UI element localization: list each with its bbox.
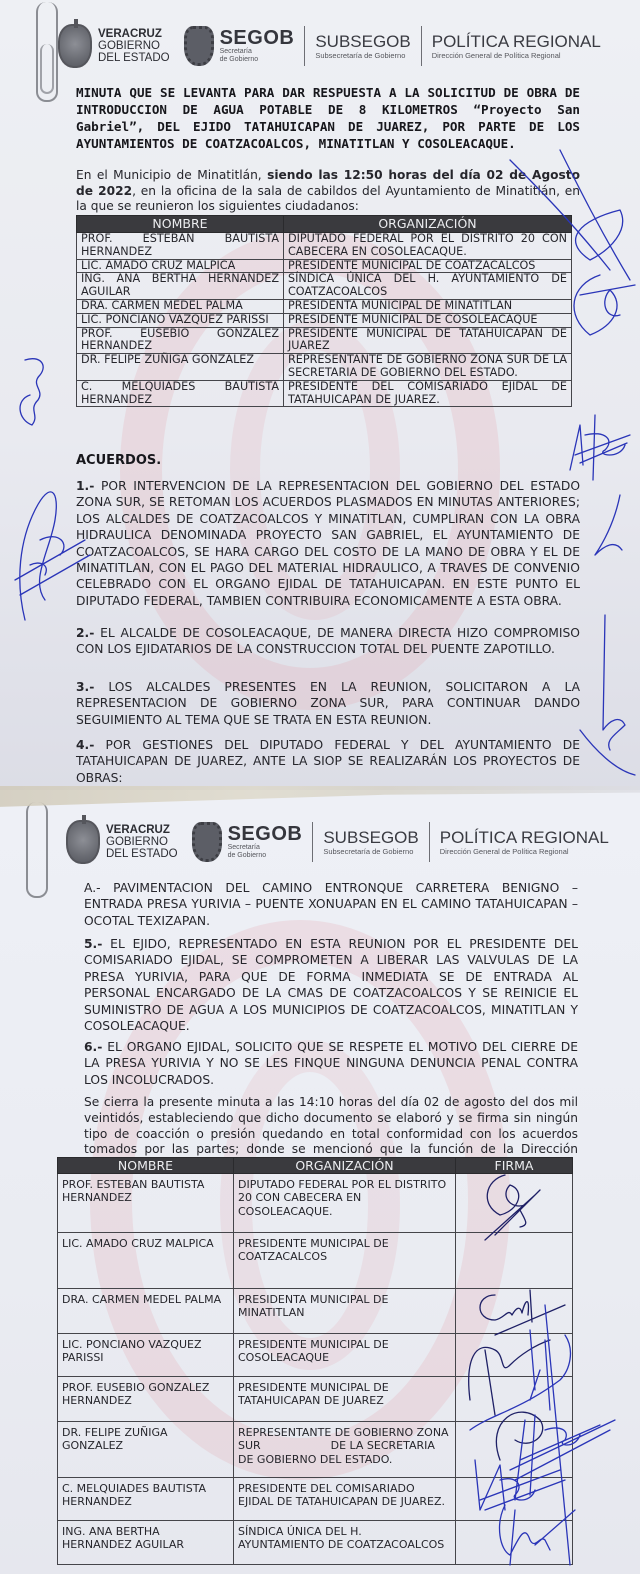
table-header-row: NOMBRE ORGANIZACIÓN (77, 216, 572, 233)
signer-organization: PRESIDENTE DEL COMISARIADO EJIDAL DE TAT… (234, 1478, 456, 1521)
subsegob-logo-text: SUBSEGOB Subsecretaría de Gobierno (315, 33, 410, 60)
signature-cell (456, 1422, 573, 1478)
acuerdo-item: 5.- EL EJIDO, REPRESENTADO EN ESTA REUNI… (84, 936, 578, 1034)
politica-regional-logo-text: POLÍTICA REGIONAL Dirección General de P… (432, 33, 601, 60)
attendees-table: NOMBRE ORGANIZACIÓN PROF. ESTEBAN BAUTIS… (76, 215, 572, 407)
table-row: ING. ANA BERTHA HERNANDEZ AGUILARSÍNDICA… (77, 273, 572, 300)
attendee-organization: REPRESENTANTE DE GOBIERNO ZONA SUR DE LA… (284, 354, 572, 381)
column-header-firma: FIRMA (456, 1158, 573, 1174)
signer-organization: PRESIDENTE MUNICIPAL DE COATZACALCOS (234, 1233, 456, 1289)
acuerdo-item: 4.- POR GESTIONES DEL DIPUTADO FEDERAL Y… (76, 737, 580, 786)
signer-name: DRA. CARMEN MEDEL PALMA (58, 1289, 234, 1334)
document-title: MINUTA QUE SE LEVANTA PARA DAR RESPUESTA… (76, 84, 580, 152)
table-row: LIC. AMADO CRUZ MALPICAPRESIDENTE MUNICI… (58, 1233, 573, 1289)
paperclip-icon-inner (40, 44, 54, 94)
table-row: ING. ANA BERTHA HERNANDEZ AGUILARSÍNDICA… (58, 1521, 573, 1565)
signer-organization: DIPUTADO FEDERAL POR EL DISTRITO 20 CON … (234, 1174, 456, 1233)
signature-cell (456, 1174, 573, 1233)
table-row: DRA. CARMEN MEDEL PALMAPRESIDENTA MUNICI… (77, 299, 572, 313)
margin-signature (560, 255, 640, 355)
letterhead: VERACRUZ GOBIERNO DEL ESTADO SEGOB Secre… (58, 18, 601, 74)
segob-logo-text: SEGOB Secretaría de Gobierno (220, 28, 295, 64)
signature-cell (456, 1289, 573, 1334)
acuerdo-item: 2.- EL ALCALDE DE COSOLEACAQUE, DE MANER… (76, 625, 580, 658)
attendee-name: LIC. PONCIANO VAZQUEZ PARISSI (77, 313, 284, 327)
attendee-organization: PRESIDENTE DEL COMISARIADO EJIDAL DE TAT… (284, 380, 572, 407)
table-row: C. MELQUIADES BAUTISTA HERNANDEZPRESIDEN… (58, 1478, 573, 1521)
attendee-organization: DIPUTADO FEDERAL POR EL DISTRITO 20 CON … (284, 233, 572, 260)
acuerdo-item: A.- PAVIMENTACION DEL CAMINO ENTRONQUE C… (84, 880, 578, 929)
signer-organization: PRESIDENTE MUNICIPAL DE TATAHUICAPAN DE … (234, 1377, 456, 1422)
header-divider (429, 822, 430, 862)
attendee-name: ING. ANA BERTHA HERNANDEZ AGUILAR (77, 273, 284, 300)
signer-name: LIC. PONCIANO VAZQUEZ PARISSI (58, 1334, 234, 1377)
attendee-name: C. MELQUIADES BAUTISTA HERNANDEZ (77, 380, 284, 407)
table-row: DR. FELIPE ZUÑIGA GONZALEZREPRESENTANTE … (58, 1422, 573, 1478)
acuerdo-item: 1.- POR INTERVENCION DE LA REPRESENTACIO… (76, 478, 580, 609)
acuerdo-item: 6.- EL ORGANO EJIDAL, SOLICITO QUE SE RE… (84, 1039, 578, 1088)
attendee-name: DRA. CARMEN MEDEL PALMA (77, 299, 284, 313)
acuerdo-item: 3.- LOS ALCALDES PRESENTES EN LA REUNION… (76, 679, 580, 728)
signer-organization: REPRESENTANTE DE GOBIERNO ZONA SUR DE LA… (234, 1422, 456, 1478)
margin-signature (575, 610, 640, 780)
segob-logo-text: SEGOB Secretaría de Gobierno (228, 824, 303, 860)
margin-signature (590, 490, 630, 560)
veracruz-crest-icon (66, 820, 100, 864)
politica-regional-logo-text: POLÍTICA REGIONAL Dirección General de P… (440, 829, 609, 856)
column-header-nombre: NOMBRE (58, 1158, 234, 1174)
table-row: LIC. PONCIANO VAZQUEZ PARISSIPRESIDENTE … (77, 313, 572, 327)
document-page-1: VERACRUZ GOBIERNO DEL ESTADO SEGOB Secre… (0, 0, 640, 790)
segob-crest-icon (192, 822, 222, 862)
signature-cell (456, 1377, 573, 1422)
margin-signature (10, 345, 70, 435)
column-header-nombre: NOMBRE (77, 216, 284, 233)
table-header-row: NOMBRE ORGANIZACIÓN FIRMA (58, 1158, 573, 1174)
table-row: PROF. EUSEBIO GONZALEZ HERNANDEZPRESIDEN… (58, 1377, 573, 1422)
table-row: DRA. CARMEN MEDEL PALMAPRESIDENTA MUNICI… (58, 1289, 573, 1334)
signer-name: PROF. ESTEBAN BAUTISTA HERNANDEZ (58, 1174, 234, 1233)
veracruz-logo-text: VERACRUZ GOBIERNO DEL ESTADO (98, 28, 170, 64)
paperclip-icon (26, 802, 48, 898)
table-row: LIC. PONCIANO VAZQUEZ PARISSIPRESIDENTE … (58, 1334, 573, 1377)
signature-cell (456, 1521, 573, 1565)
intro-paragraph: En el Municipio de Minatitlán, siendo la… (76, 168, 580, 215)
veracruz-crest-icon (58, 24, 92, 68)
signer-name: ING. ANA BERTHA HERNANDEZ AGUILAR (58, 1521, 234, 1565)
segob-crest-icon (184, 26, 214, 66)
table-row: LIC. AMADO CRUZ MALPICAPRESIDENTE MUNICI… (77, 259, 572, 273)
attendee-name: DR. FELIPE ZUÑIGA GONZALEZ (77, 354, 284, 381)
table-row: DR. FELIPE ZUÑIGA GONZALEZREPRESENTANTE … (77, 354, 572, 381)
signature-table: NOMBRE ORGANIZACIÓN FIRMA PROF. ESTEBAN … (57, 1157, 573, 1565)
table-row: C. MELQUIADES BAUTISTA HERNANDEZPRESIDEN… (77, 380, 572, 407)
table-row: PROF. ESTEBAN BAUTISTA HERNANDEZDIPUTADO… (58, 1174, 573, 1233)
header-divider (312, 822, 313, 862)
signature-cell (456, 1334, 573, 1377)
column-header-organizacion: ORGANIZACIÓN (234, 1158, 456, 1174)
signer-organization: PRESIDENTE MUNICIPAL DE COSOLEACAQUE (234, 1334, 456, 1377)
attendee-organization: PRESIDENTE MUNICIPAL DE TATAHUICAPAN DE … (284, 327, 572, 354)
attendee-name: PROF. EUSEBIO GONZALEZ HERNANDEZ (77, 327, 284, 354)
veracruz-logo-text: VERACRUZ GOBIERNO DEL ESTADO (106, 824, 178, 860)
signer-organization: PRESIDENTA MUNICIPAL DE MINATITLAN (234, 1289, 456, 1334)
header-divider (421, 26, 422, 66)
table-row: PROF. ESTEBAN BAUTISTA HERNANDEZDIPUTADO… (77, 233, 572, 260)
acuerdos-heading: ACUERDOS. (76, 453, 161, 468)
margin-signature (565, 405, 635, 485)
signer-name: DR. FELIPE ZUÑIGA GONZALEZ (58, 1422, 234, 1478)
signer-name: LIC. AMADO CRUZ MALPICA (58, 1233, 234, 1289)
attendee-organization: PRESIDENTA MUNICIPAL DE MINATITLAN (284, 299, 572, 313)
signature-cell (456, 1478, 573, 1521)
signature-cell (456, 1233, 573, 1289)
signer-organization: SÍNDICA ÚNICA DEL H. AYUNTAMIENTO DE COA… (234, 1521, 456, 1565)
header-divider (304, 26, 305, 66)
attendee-organization: PRESIDENTE MUNICIPAL DE COSOLEACAQUE (284, 313, 572, 327)
attendee-organization: SÍNDICA ÚNICA DEL H. AYUNTAMIENTO DE COA… (284, 273, 572, 300)
column-header-organizacion: ORGANIZACIÓN (284, 216, 572, 233)
signer-name: C. MELQUIADES BAUTISTA HERNANDEZ (58, 1478, 234, 1521)
letterhead: VERACRUZ GOBIERNO DEL ESTADO SEGOB Secre… (66, 814, 609, 870)
subsegob-logo-text: SUBSEGOB Subsecretaría de Gobierno (323, 829, 418, 856)
attendee-name: PROF. ESTEBAN BAUTISTA HERNANDEZ (77, 233, 284, 260)
table-row: PROF. EUSEBIO GONZALEZ HERNANDEZPRESIDEN… (77, 327, 572, 354)
attendee-name: LIC. AMADO CRUZ MALPICA (77, 259, 284, 273)
attendee-organization: PRESIDENTE MUNICIPAL DE COATZACALCOS (284, 259, 572, 273)
signer-name: PROF. EUSEBIO GONZALEZ HERNANDEZ (58, 1377, 234, 1422)
